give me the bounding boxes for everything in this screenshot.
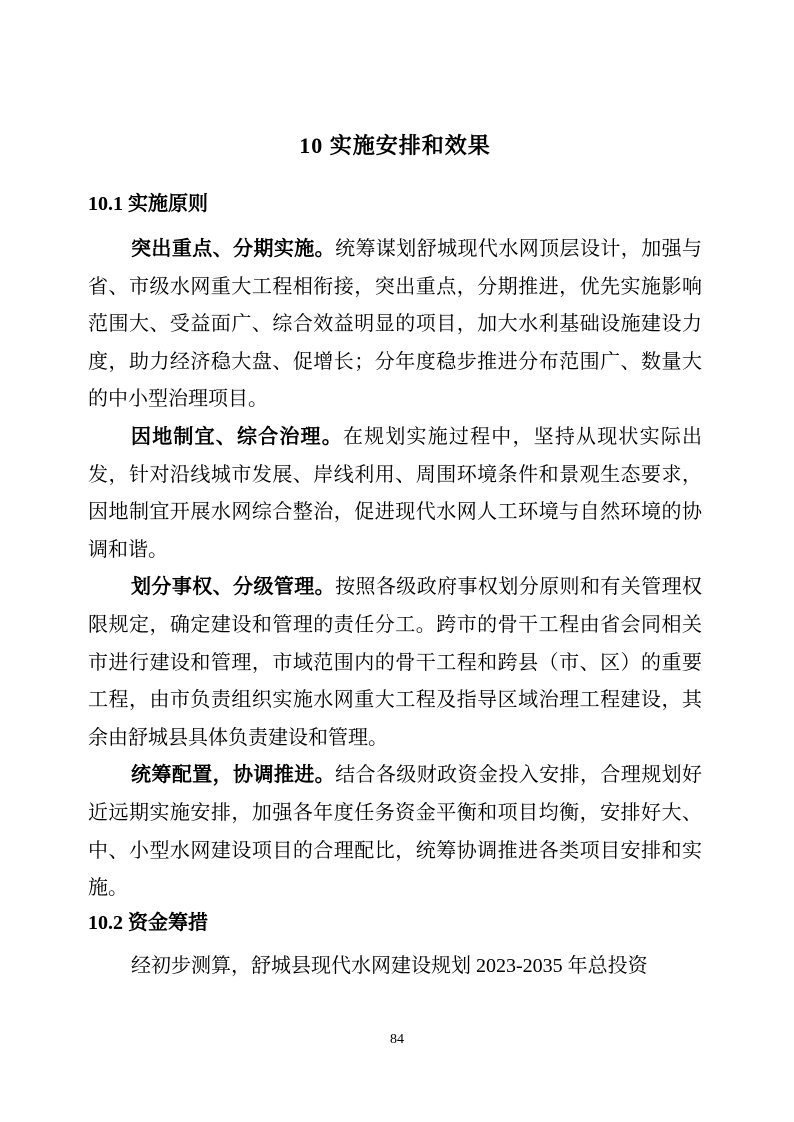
paragraph: 突出重点、分期实施。统筹谋划舒城现代水网顶层设计，加强与省、市级水网重大工程相衔…: [88, 231, 702, 419]
paragraph-text: 统筹谋划舒城现代水网顶层设计，加强与省、市级水网重大工程相衔接，突出重点，分期推…: [88, 238, 702, 410]
paragraph-lead: 统筹配置，协调推进。: [131, 764, 335, 786]
paragraph: 经初步测算，舒城县现代水网建设规划 2023-2035 年总投资: [88, 948, 702, 986]
document-page: 10 实施安排和效果 10.1 实施原则 突出重点、分期实施。统筹谋划舒城现代水…: [0, 0, 794, 1122]
paragraph-lead: 划分事权、分级管理。: [131, 576, 335, 598]
section-heading-10-2: 10.2 资金筹措: [88, 908, 702, 938]
paragraph-lead: 因地制宜、综合治理。: [131, 426, 343, 448]
paragraph: 因地制宜、综合治理。在规划实施过程中，坚持从现状实际出发，针对沿线城市发展、岸线…: [88, 419, 702, 569]
paragraph: 统筹配置，协调推进。结合各级财政资金投入安排，合理规划好近远期实施安排，加强各年…: [88, 757, 702, 907]
chapter-title: 10 实施安排和效果: [88, 130, 702, 161]
section-heading-10-1: 10.1 实施原则: [88, 190, 702, 218]
page-number: 84: [0, 1031, 794, 1049]
paragraph-text: 经初步测算，舒城县现代水网建设规划 2023-2035 年总投资: [131, 955, 648, 977]
paragraph: 划分事权、分级管理。按照各级政府事权划分原则和有关管理权限规定，确定建设和管理的…: [88, 569, 702, 757]
paragraph-text: 按照各级政府事权划分原则和有关管理权限规定，确定建设和管理的责任分工。跨市的骨干…: [88, 576, 702, 748]
paragraph-lead: 突出重点、分期实施。: [131, 238, 335, 260]
